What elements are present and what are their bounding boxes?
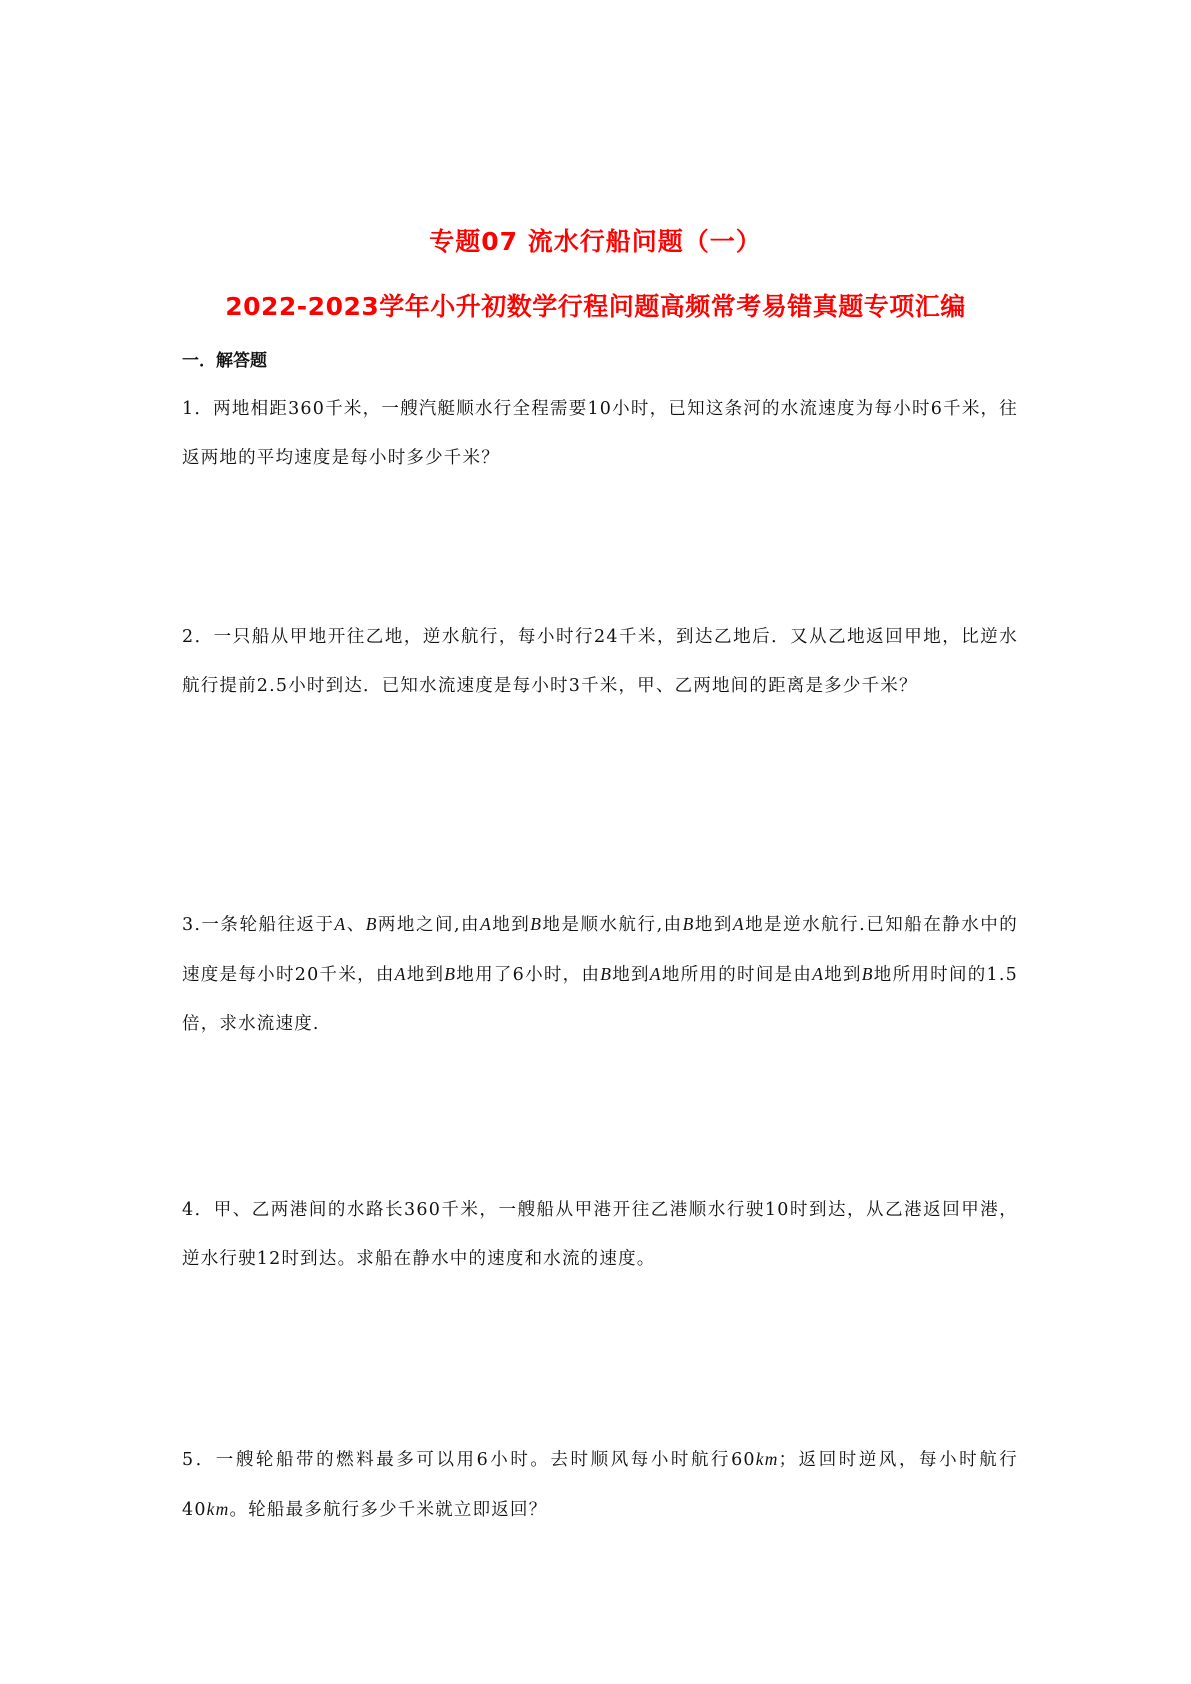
question-1: 1．两地相距360千米，一艘汽艇顺水行全程需要10小时，已知这条河的水流速度为每… [182, 385, 1018, 483]
document-title: 专题07 流水行船问题（一） [0, 222, 1191, 258]
question-number: 2． [182, 627, 214, 647]
question-text: 两地相距360千米，一艘汽艇顺水行全程需要10小时，已知这条河的水流速度为每小时… [182, 399, 1018, 468]
document-page: 专题07 流水行船问题（一） 2022-2023学年小升初数学行程问题高频常考易… [0, 0, 1191, 1684]
question-text: 甲、乙两港间的水路长360千米，一艘船从甲港开往乙港顺水行驶10时到达，从乙港返… [182, 1200, 1018, 1269]
question-number: 1． [182, 399, 213, 419]
question-5: 5．一艘轮船带的燃料最多可以用6小时。去时顺风每小时航行60km；返回时逆风，每… [182, 1435, 1018, 1535]
question-number: 4． [182, 1200, 214, 1220]
question-number: 3. [182, 915, 201, 935]
question-4: 4．甲、乙两港间的水路长360千米，一艘船从甲港开往乙港顺水行驶10时到达，从乙… [182, 1186, 1018, 1284]
question-text: 一条轮船往返于A、B两地之间,由A地到B地是顺水航行,由B地到A地是逆水航行.已… [182, 915, 1018, 1034]
question-text: 一只船从甲地开往乙地，逆水航行，每小时行24千米，到达乙地后．又从乙地返回甲地，… [182, 627, 1018, 696]
question-2: 2．一只船从甲地开往乙地，逆水航行，每小时行24千米，到达乙地后．又从乙地返回甲… [182, 613, 1018, 711]
section-heading: 一．解答题 [182, 346, 267, 371]
document-subtitle: 2022-2023学年小升初数学行程问题高频常考易错真题专项汇编 [0, 287, 1191, 323]
question-text: 一艘轮船带的燃料最多可以用6小时。去时顺风每小时航行60km；返回时逆风，每小时… [182, 1450, 1018, 1520]
question-number: 5． [182, 1450, 216, 1470]
question-3: 3.一条轮船往返于A、B两地之间,由A地到B地是顺水航行,由B地到A地是逆水航行… [182, 900, 1018, 1049]
